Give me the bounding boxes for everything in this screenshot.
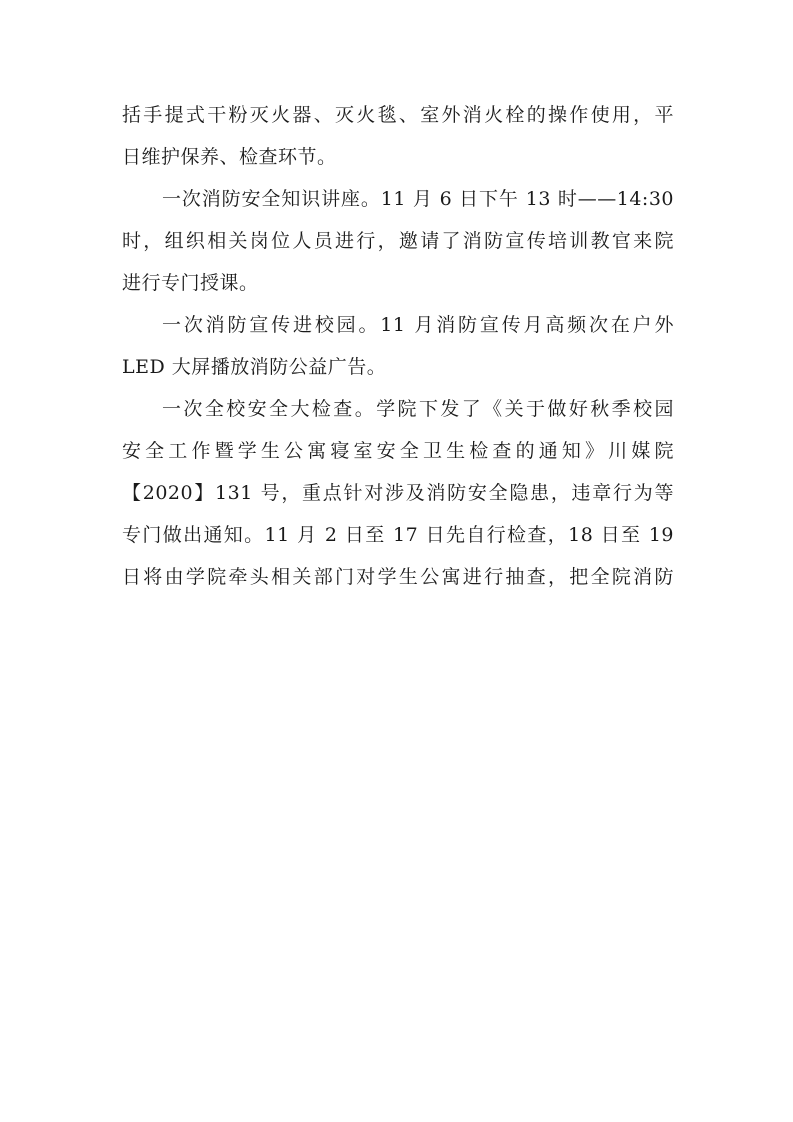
text-line: 括手提式干粉灭火器、灭火毯、室外消火栓的操作使用，平 <box>122 100 674 142</box>
text-line: 日维护保养、检查环节。 <box>122 142 674 184</box>
paragraph-campus-promotion: 一次消防宣传进校园。11 月消防宣传月高频次在户外 <box>122 310 674 352</box>
text-line: 专门做出通知。11 月 2 日至 17 日先自行检查，18 日至 19 <box>122 520 674 562</box>
text-line: 日将由学院牵头相关部门对学生公寓进行抽查，把全院消防 <box>122 562 674 604</box>
text-line: 时，组织相关岗位人员进行，邀请了消防宣传培训教官来院 <box>122 226 674 268</box>
text-line: 安全工作暨学生公寓寝室安全卫生检查的通知》川媒院 <box>122 436 674 478</box>
paragraph-lecture-heading: 一次消防安全知识讲座。11 月 6 日下午 13 时——14:30 <box>122 184 674 226</box>
text-line: 【2020】131 号，重点针对涉及消防安全隐患，违章行为等 <box>122 478 674 520</box>
text-line: LED 大屏播放消防公益广告。 <box>122 352 674 394</box>
paragraph-safety-inspection: 一次全校安全大检查。学院下发了《关于做好秋季校园 <box>122 394 674 436</box>
document-page: 括手提式干粉灭火器、灭火毯、室外消火栓的操作使用，平 日维护保养、检查环节。 一… <box>0 0 793 1122</box>
body-text: 括手提式干粉灭火器、灭火毯、室外消火栓的操作使用，平 日维护保养、检查环节。 一… <box>122 100 674 604</box>
text-line: 进行专门授课。 <box>122 268 674 310</box>
